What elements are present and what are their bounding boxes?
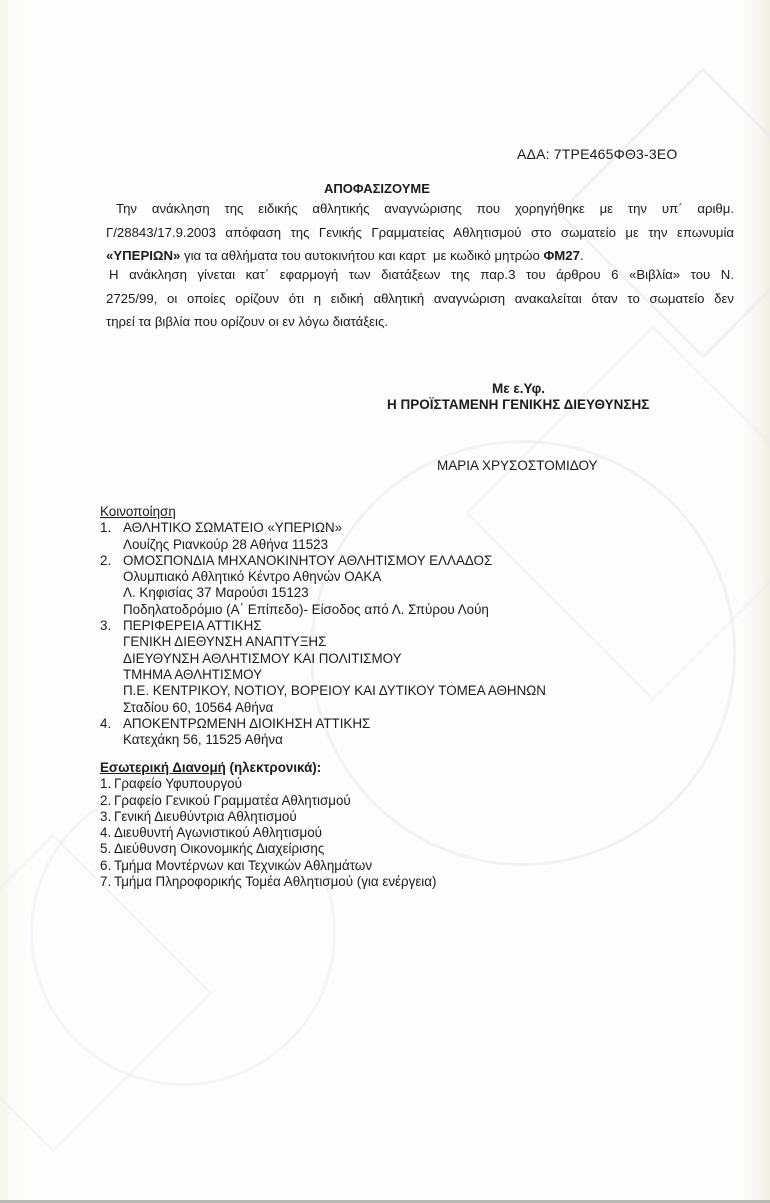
address-line: ΔΙΕΥΘΥΝΣΗ ΑΘΛΗΤΙΣΜΟΥ ΚΑΙ ΠΟΛΙΤΙΣΜΟΥ	[123, 651, 546, 667]
address-line: Π.Ε. ΚΕΝΤΡΙΚΟΥ, ΝΟΤΙΟΥ, ΒΟΡΕΙΟΥ ΚΑΙ ΔΥΤΙ…	[123, 683, 546, 699]
internal-distribution-list: Εσωτερική Διανομή (ηλεκτρονικά): 1.Γραφε…	[100, 760, 436, 890]
paragraph-line: Την ανάκληση της ειδικής αθλητικής αναγν…	[106, 197, 734, 221]
distribution-recipient: Τμήμα Μοντέρνων και Τεχνικών Αθλημάτων	[114, 858, 372, 873]
notification-item: 3.ΠΕΡΙΦΕΡΕΙΑ ΑΤΤΙΚΗΣΓΕΝΙΚΗ ΔΙΕΘΥΝΣΗ ΑΝΑΠ…	[100, 618, 546, 716]
distribution-item: 6.Τμήμα Μοντέρνων και Τεχνικών Αθλημάτων	[100, 858, 436, 874]
distribution-recipient: Διευθυντή Αγωνιστικού Αθλητισμού	[114, 825, 322, 840]
distribution-item: 7.Τμήμα Πληροφορικής Τομέα Αθλητισμού (γ…	[100, 874, 436, 890]
notification-item: 1.ΑΘΛΗΤΙΚΟ ΣΩΜΑΤΕΙΟ «ΥΠΕΡΙΩΝ»Λουίζης Ρια…	[100, 520, 546, 553]
paragraph-line: τηρεί τα βιβλία που ορίζουν οι εν λόγω δ…	[106, 310, 734, 334]
decision-paragraph-1: Την ανάκληση της ειδικής αθλητικής αναγν…	[106, 197, 734, 268]
item-number: 1.	[100, 776, 111, 792]
address-line: ΑΘΛΗΤΙΚΟ ΣΩΜΑΤΕΙΟ «ΥΠΕΡΙΩΝ»	[123, 520, 546, 536]
decision-paragraph-2: Η ανάκληση γίνεται κατ΄ εφαρμογή των δια…	[106, 263, 734, 334]
address-line: Σταδίου 60, 10564 Αθήνα	[123, 700, 546, 716]
address-line: Λ. Κηφισίας 37 Μαρούσι 15123	[123, 585, 546, 601]
address-line: ΠΕΡΙΦΕΡΕΙΑ ΑΤΤΙΚΗΣ	[123, 618, 546, 634]
distribution-recipient: Γενική Διευθύντρια Αθλητισμού	[114, 809, 297, 824]
notification-heading: Κοινοποίηση	[100, 504, 546, 520]
item-number: 5.	[100, 841, 111, 857]
address-line: Λουίζης Ριανκούρ 28 Αθήνα 11523	[123, 537, 546, 553]
distribution-item: 5.Διεύθυνση Οικονομικής Διαχείρισης	[100, 841, 436, 857]
paragraph-line: Γ/28843/17.9.2003 απόφαση της Γενικής Γρ…	[106, 221, 734, 245]
club-name: «ΥΠΕΡΙΩΝ»	[106, 248, 180, 263]
paragraph-text: για τα αθλήματα του αυτοκινήτου και καρτ…	[180, 248, 543, 263]
distribution-recipient: Γραφείο Υφυπουργού	[114, 776, 242, 791]
signature-role: Η ΠΡΟΪΣΤΑΜΕΝΗ ΓΕΝΙΚΗΣ ΔΙΕΥΘΥΝΣΗΣ	[387, 397, 649, 412]
distribution-item: 1.Γραφείο Υφυπουργού	[100, 776, 436, 792]
distribution-recipient: Τμήμα Πληροφορικής Τομέα Αθλητισμού (για…	[114, 874, 436, 889]
item-number: 3.	[100, 618, 111, 634]
heading-underlined: Εσωτερική Διανομή	[100, 760, 226, 775]
signature-on-behalf: Με ε.Υφ.	[492, 381, 545, 396]
address-line: Ολυμπιακό Αθλητικό Κέντρο Αθηνών ΟΑΚΑ	[123, 569, 546, 585]
address-line: Κατεχάκη 56, 11525 Αθήνα	[123, 732, 546, 748]
item-number: 2.	[100, 793, 111, 809]
distribution-item: 4.Διευθυντή Αγωνιστικού Αθλητισμού	[100, 825, 436, 841]
item-number: 4.	[100, 716, 111, 732]
address-line: ΓΕΝΙΚΗ ΔΙΕΘΥΝΣΗ ΑΝΑΠΤΥΞΗΣ	[123, 634, 546, 650]
distribution-recipient: Γραφείο Γενικού Γραμματέα Αθλητισμού	[114, 793, 351, 808]
registry-code: ΦΜ27	[543, 248, 579, 263]
decision-heading-text: ΑΠΟΦΑΣΙΖΟΥΜΕ	[324, 181, 430, 196]
ada-code: ΑΔΑ: 7ΤΡΕ465ΦΘ3-3ΕΟ	[517, 146, 678, 162]
notification-item: 4.ΑΠΟΚΕΝΤΡΩΜΕΝΗ ΔΙΟΙΚΗΣΗ ΑΤΤΙΚΗΣΚατεχάκη…	[100, 716, 546, 749]
item-number: 1.	[100, 520, 111, 536]
paragraph-line: 2725/99, οι οποίες ορίζουν ότι η ειδική …	[106, 287, 734, 311]
paragraph-line: Η ανάκληση γίνεται κατ΄ εφαρμογή των δια…	[106, 263, 734, 287]
item-number: 7.	[100, 874, 111, 890]
scanned-page: ΑΔΑ: 7ΤΡΕ465ΦΘ3-3ΕΟ ΑΠΟΦΑΣΙΖΟΥΜΕ Την ανά…	[0, 0, 770, 1203]
item-number: 4.	[100, 825, 111, 841]
heading-suffix: (ηλεκτρονικά):	[226, 760, 321, 775]
paragraph-text: .	[580, 248, 584, 263]
item-number: 3.	[100, 809, 111, 825]
item-number: 2.	[100, 553, 111, 569]
notification-list: Κοινοποίηση 1.ΑΘΛΗΤΙΚΟ ΣΩΜΑΤΕΙΟ «ΥΠΕΡΙΩΝ…	[100, 504, 546, 748]
distribution-item: 3.Γενική Διευθύντρια Αθλητισμού	[100, 809, 436, 825]
item-number: 6.	[100, 858, 111, 874]
signatory-name: ΜΑΡΙΑ ΧΡΥΣΟΣΤΟΜΙΔΟΥ	[437, 458, 598, 473]
address-line: Ποδηλατοδρόμιο (Α΄ Επίπεδο)- Είσοδος από…	[123, 602, 546, 618]
distribution-item: 2.Γραφείο Γενικού Γραμματέα Αθλητισμού	[100, 793, 436, 809]
notification-item: 2.ΟΜΟΣΠΟΝΔΙΑ ΜΗΧΑΝΟΚΙΝΗΤΟΥ ΑΘΛΗΤΙΣΜΟΥ ΕΛ…	[100, 553, 546, 618]
distribution-recipient: Διεύθυνση Οικονομικής Διαχείρισης	[114, 841, 324, 856]
address-line: ΤΜΗΜΑ ΑΘΛΗΤΙΣΜΟΥ	[123, 667, 546, 683]
address-line: ΟΜΟΣΠΟΝΔΙΑ ΜΗΧΑΝΟΚΙΝΗΤΟΥ ΑΘΛΗΤΙΣΜΟΥ ΕΛΛΑ…	[123, 553, 546, 569]
internal-distribution-heading: Εσωτερική Διανομή (ηλεκτρονικά):	[100, 760, 436, 776]
address-line: ΑΠΟΚΕΝΤΡΩΜΕΝΗ ΔΙΟΙΚΗΣΗ ΑΤΤΙΚΗΣ	[123, 716, 546, 732]
